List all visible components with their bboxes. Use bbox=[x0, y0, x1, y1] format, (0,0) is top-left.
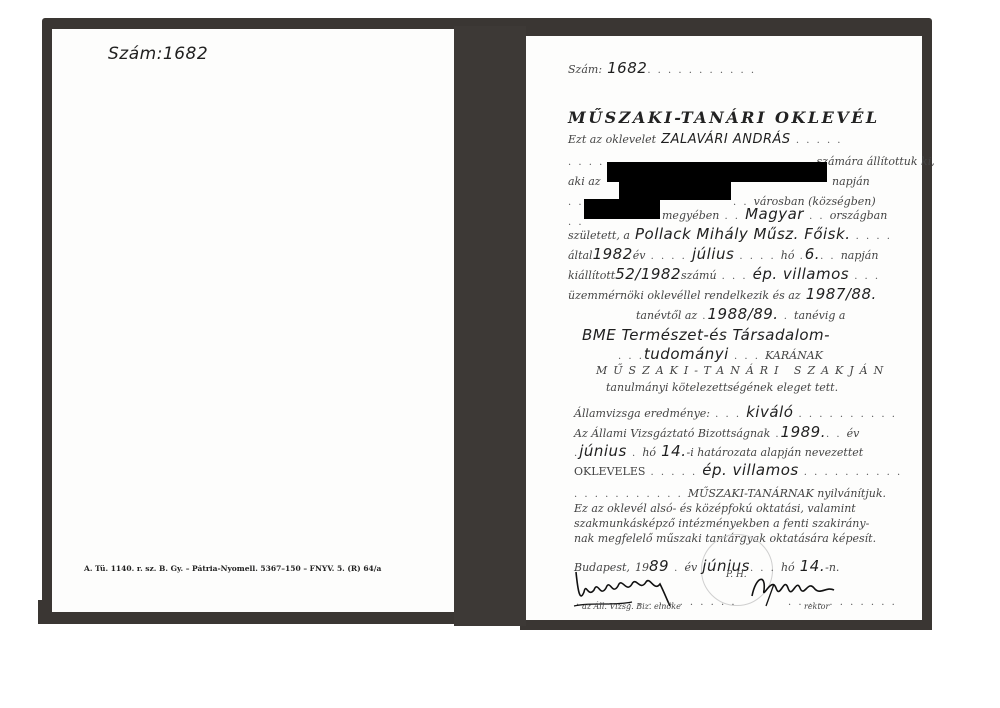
diploma-field: ép. villamos bbox=[753, 265, 849, 283]
obligations: tanulmányi kötelezettségének eleget tett… bbox=[606, 381, 838, 394]
line-issued-to: Ezt az oklevelet ZALAVÁRI ANDRÁS . . . .… bbox=[568, 128, 842, 147]
redacted-county bbox=[584, 199, 660, 219]
line-term: tanévtől az .1988/89. . tanévig a bbox=[636, 304, 845, 323]
seal-label: P. H. bbox=[726, 570, 747, 580]
diploma-month: július bbox=[692, 245, 734, 263]
number-value: 1682 bbox=[607, 59, 647, 77]
diploma-title: MŰSZAKI-TANÁRI OKLEVÉL bbox=[568, 108, 880, 127]
exam-result: kiváló bbox=[746, 403, 793, 421]
faculty-line-1: BME Természet-és Társadalom- bbox=[582, 326, 830, 344]
committee-date-line: .június . hó 14.-i határozata alapján ne… bbox=[574, 441, 863, 460]
line-county: megyében . . Magyar . . országban bbox=[662, 204, 887, 223]
signer-right-title: rektor bbox=[804, 602, 829, 611]
diploma-number: 52/1982 bbox=[615, 265, 681, 283]
country: Magyar bbox=[745, 205, 804, 223]
line-diploma-date: által1982év . . . . július . . . . hó .6… bbox=[568, 244, 878, 263]
number-label: Szám: bbox=[108, 44, 163, 64]
qualification-text-1: Ez az oklevél alsó- és középfokú oktatás… bbox=[574, 502, 856, 515]
holder-name: ZALAVÁRI ANDRÁS bbox=[661, 132, 791, 147]
start-year: 1987/88. bbox=[806, 285, 877, 303]
number-value: 1682 bbox=[163, 44, 208, 64]
right-page-number: Szám: 1682. . . . . . . . . . . bbox=[568, 58, 756, 77]
qualification-text-2: szakmunkásképző intézményekben a fenti s… bbox=[574, 517, 869, 530]
qualified-field: ép. villamos bbox=[702, 461, 798, 479]
qualified-line: OKLEVELES . . . . . ép. villamos . . . .… bbox=[574, 460, 902, 479]
committee-month: június bbox=[579, 442, 627, 460]
diploma-year: 1982 bbox=[593, 245, 633, 263]
committee-year: 1989. bbox=[781, 423, 826, 441]
signer-left-title: az Áll. Vizsg. Biz. elnöke bbox=[582, 602, 681, 611]
cover-spine bbox=[454, 26, 526, 626]
faculty-line-2: . . .tudományi . . . KARÁNAK bbox=[618, 344, 823, 363]
committee-day: 14. bbox=[661, 442, 686, 460]
line-school: született, a Pollack Mihály Műsz. Főisk.… bbox=[568, 224, 892, 243]
printer-imprint: A. Tü. 1140. r. sz. B. Gy. – Pátria-Nyom… bbox=[84, 564, 381, 573]
line-born: aki az bbox=[568, 170, 601, 189]
exam-result-line: Államvizsga eredménye: . . . kiváló . . … bbox=[574, 402, 897, 421]
diploma-day: 6. bbox=[805, 245, 820, 263]
line-diploma-number: kiállított52/1982számú . . . ép. villamo… bbox=[568, 264, 880, 283]
right-page: Szám: 1682. . . . . . . . . . . MŰSZAKI-… bbox=[526, 36, 922, 620]
redacted-birthdate bbox=[607, 162, 827, 182]
left-page-number: Szám:1682 bbox=[108, 44, 208, 64]
end-year: 1988/89. bbox=[707, 305, 778, 323]
committee-line: Az Állami Vizsgáztató Bizottságnak .1989… bbox=[574, 422, 859, 441]
line-engineer: üzemmérnöki oklevéllel rendelkezik és az… bbox=[568, 284, 877, 303]
school: Pollack Mihály Műsz. Főisk. bbox=[635, 225, 851, 243]
redacted-city bbox=[619, 180, 731, 200]
major: MŰSZAKI-TANÁRI SZAKJÁN bbox=[596, 364, 889, 377]
left-page: Szám:1682 A. Tü. 1140. r. sz. B. Gy. – P… bbox=[52, 29, 454, 612]
teacher-line: . . . . . . . . . . . MŰSZAKI-TANÁRNAK n… bbox=[574, 482, 886, 501]
